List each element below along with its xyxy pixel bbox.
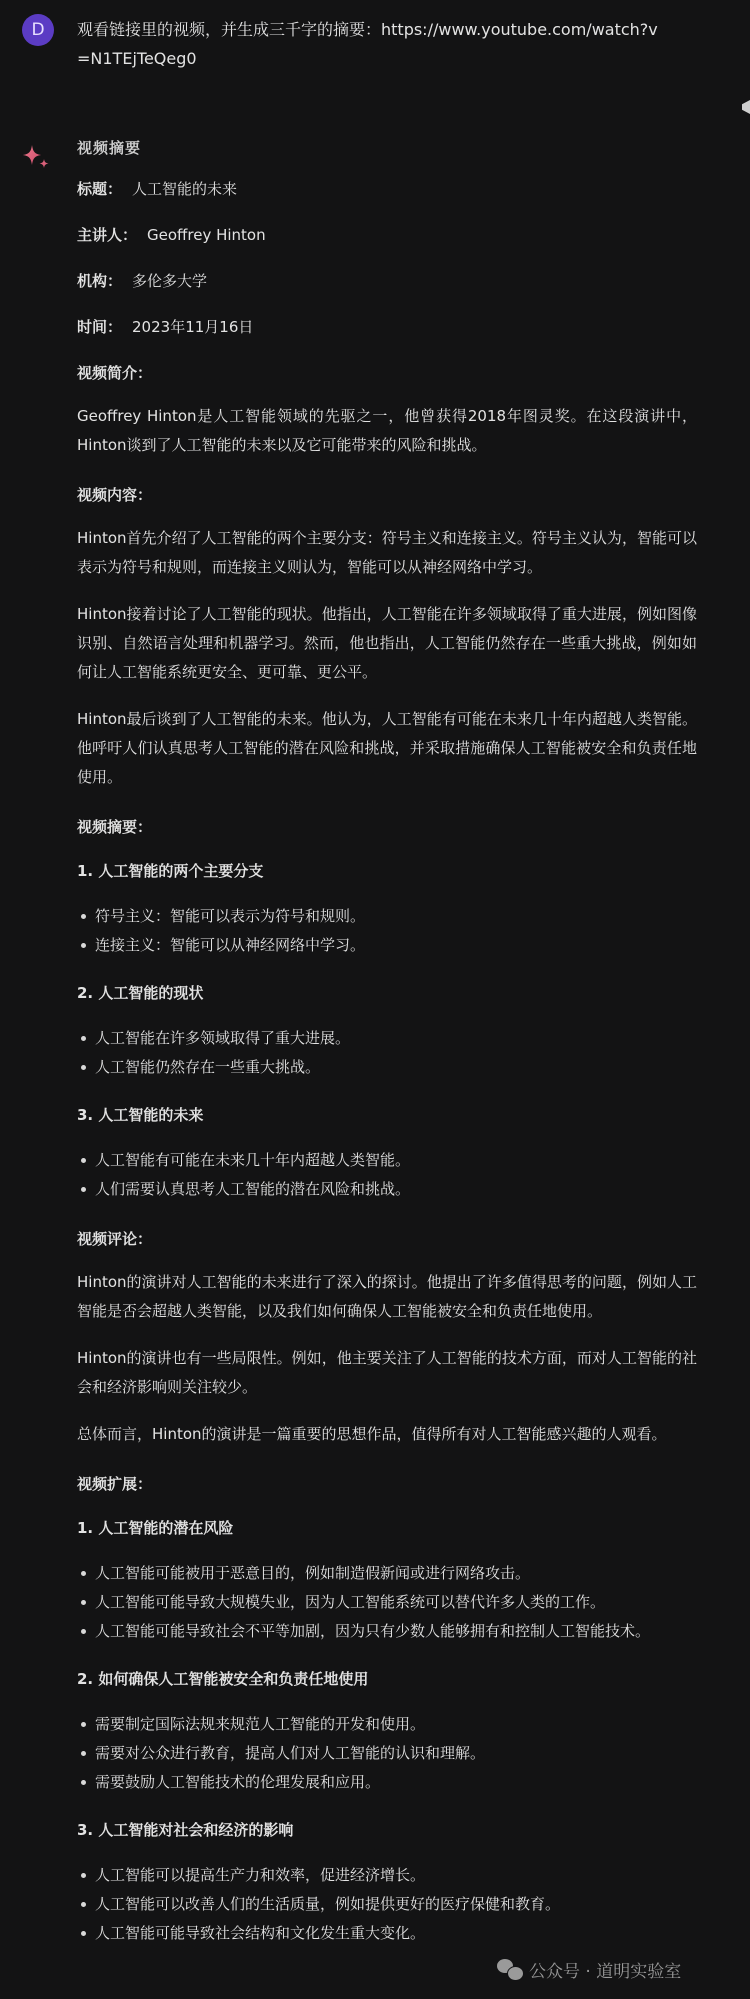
summary-section-title: 2. 人工智能的现状 <box>77 982 697 1004</box>
summary-heading: 视频摘要： <box>77 816 697 838</box>
meta-value: 人工智能的未来 <box>132 180 237 198</box>
meta-key: 标题： <box>77 180 122 198</box>
list-item: 人工智能仍然存在一些重大挑战。 <box>77 1053 697 1082</box>
extension-list: 需要制定国际法规来规范人工智能的开发和使用。 需要对公众进行教育，提高人们对人工… <box>77 1710 697 1797</box>
list-item: 人工智能可能被用于恶意目的，例如制造假新闻或进行网络攻击。 <box>77 1559 697 1588</box>
content-heading: 视频内容： <box>77 484 697 506</box>
meta-key: 时间： <box>77 318 122 336</box>
meta-value: 多伦多大学 <box>132 272 207 290</box>
summary-section-title: 3. 人工智能的未来 <box>77 1104 697 1126</box>
review-heading: 视频评论： <box>77 1228 697 1250</box>
review-paragraph: Hinton的演讲也有一些局限性。例如，他主要关注了人工智能的技术方面，而对人工… <box>77 1344 697 1402</box>
watermark: 公众号 · 道明实验室 <box>497 1957 681 1982</box>
list-item: 需要制定国际法规来规范人工智能的开发和使用。 <box>77 1710 697 1739</box>
summary-section-title: 1. 人工智能的两个主要分支 <box>77 860 697 882</box>
meta-value: 2023年11月16日 <box>132 318 253 336</box>
watermark-text: 公众号 · 道明实验室 <box>529 1957 681 1982</box>
list-item: 人工智能可以改善人们的生活质量，例如提供更好的医疗保健和教育。 <box>77 1890 697 1919</box>
gemini-sparkle-icon <box>22 143 52 173</box>
list-item: 人工智能有可能在未来几十年内超越人类智能。 <box>77 1146 697 1175</box>
list-item: 人工智能可能导致大规模失业，因为人工智能系统可以替代许多人类的工作。 <box>77 1588 697 1617</box>
review-paragraph: Hinton的演讲对人工智能的未来进行了深入的探讨。他提出了许多值得思考的问题，… <box>77 1268 697 1326</box>
review-paragraph: 总体而言，Hinton的演讲是一篇重要的思想作品，值得所有对人工智能感兴趣的人观… <box>77 1420 697 1449</box>
meta-key: 机构： <box>77 272 122 290</box>
list-item: 人工智能可能导致社会结构和文化发生重大变化。 <box>77 1919 697 1948</box>
content-paragraph: Hinton首先介绍了人工智能的两个主要分支：符号主义和连接主义。符号主义认为，… <box>77 524 697 582</box>
meta-key: 主讲人： <box>77 226 137 244</box>
wechat-icon <box>497 1959 523 1981</box>
extension-list: 人工智能可能被用于恶意目的，例如制造假新闻或进行网络攻击。 人工智能可能导致大规… <box>77 1559 697 1646</box>
meta-speaker: 主讲人：Geoffrey Hinton <box>77 224 697 246</box>
list-item: 人工智能可能导致社会不平等加剧，因为只有少数人能够拥有和控制人工智能技术。 <box>77 1617 697 1646</box>
intro-heading: 视频简介： <box>77 362 697 384</box>
meta-value: Geoffrey Hinton <box>147 226 266 244</box>
list-item: 人们需要认真思考人工智能的潜在风险和挑战。 <box>77 1175 697 1204</box>
content-paragraph: Hinton接着讨论了人工智能的现状。他指出，人工智能在许多领域取得了重大进展，… <box>77 600 697 687</box>
summary-list: 人工智能在许多领域取得了重大进展。 人工智能仍然存在一些重大挑战。 <box>77 1024 697 1082</box>
user-prompt-text: 观看链接里的视频，并生成三千字的摘要：https://www.youtube.c… <box>77 15 667 73</box>
meta-date: 时间：2023年11月16日 <box>77 316 697 338</box>
meta-title: 标题：人工智能的未来 <box>77 178 697 200</box>
response-title: 视频摘要 <box>77 138 697 158</box>
list-item: 需要对公众进行教育，提高人们对人工智能的认识和理解。 <box>77 1739 697 1768</box>
list-item: 人工智能在许多领域取得了重大进展。 <box>77 1024 697 1053</box>
user-avatar[interactable]: D <box>22 14 54 46</box>
content-paragraph: Hinton最后谈到了人工智能的未来。他认为，人工智能有可能在未来几十年内超越人… <box>77 705 697 792</box>
list-item: 连接主义：智能可以从神经网络中学习。 <box>77 931 697 960</box>
list-item: 符号主义：智能可以表示为符号和规则。 <box>77 902 697 931</box>
summary-list: 人工智能有可能在未来几十年内超越人类智能。 人们需要认真思考人工智能的潜在风险和… <box>77 1146 697 1204</box>
intro-paragraph: Geoffrey Hinton是人工智能领域的先驱之一，他曾获得2018年图灵奖… <box>77 402 697 460</box>
extension-heading: 视频扩展： <box>77 1473 697 1495</box>
extension-section-title: 3. 人工智能对社会和经济的影响 <box>77 1819 697 1841</box>
meta-institution: 机构：多伦多大学 <box>77 270 697 292</box>
summary-list: 符号主义：智能可以表示为符号和规则。 连接主义：智能可以从神经网络中学习。 <box>77 902 697 960</box>
list-item: 人工智能可以提高生产力和效率，促进经济增长。 <box>77 1861 697 1890</box>
extension-list: 人工智能可以提高生产力和效率，促进经济增长。 人工智能可以改善人们的生活质量，例… <box>77 1861 697 1948</box>
list-item: 需要鼓励人工智能技术的伦理发展和应用。 <box>77 1768 697 1797</box>
speaker-icon[interactable] <box>742 100 750 114</box>
extension-section-title: 1. 人工智能的潜在风险 <box>77 1517 697 1539</box>
model-response: 视频摘要 标题：人工智能的未来 主讲人：Geoffrey Hinton 机构：多… <box>77 138 697 1948</box>
extension-section-title: 2. 如何确保人工智能被安全和负责任地使用 <box>77 1668 697 1690</box>
